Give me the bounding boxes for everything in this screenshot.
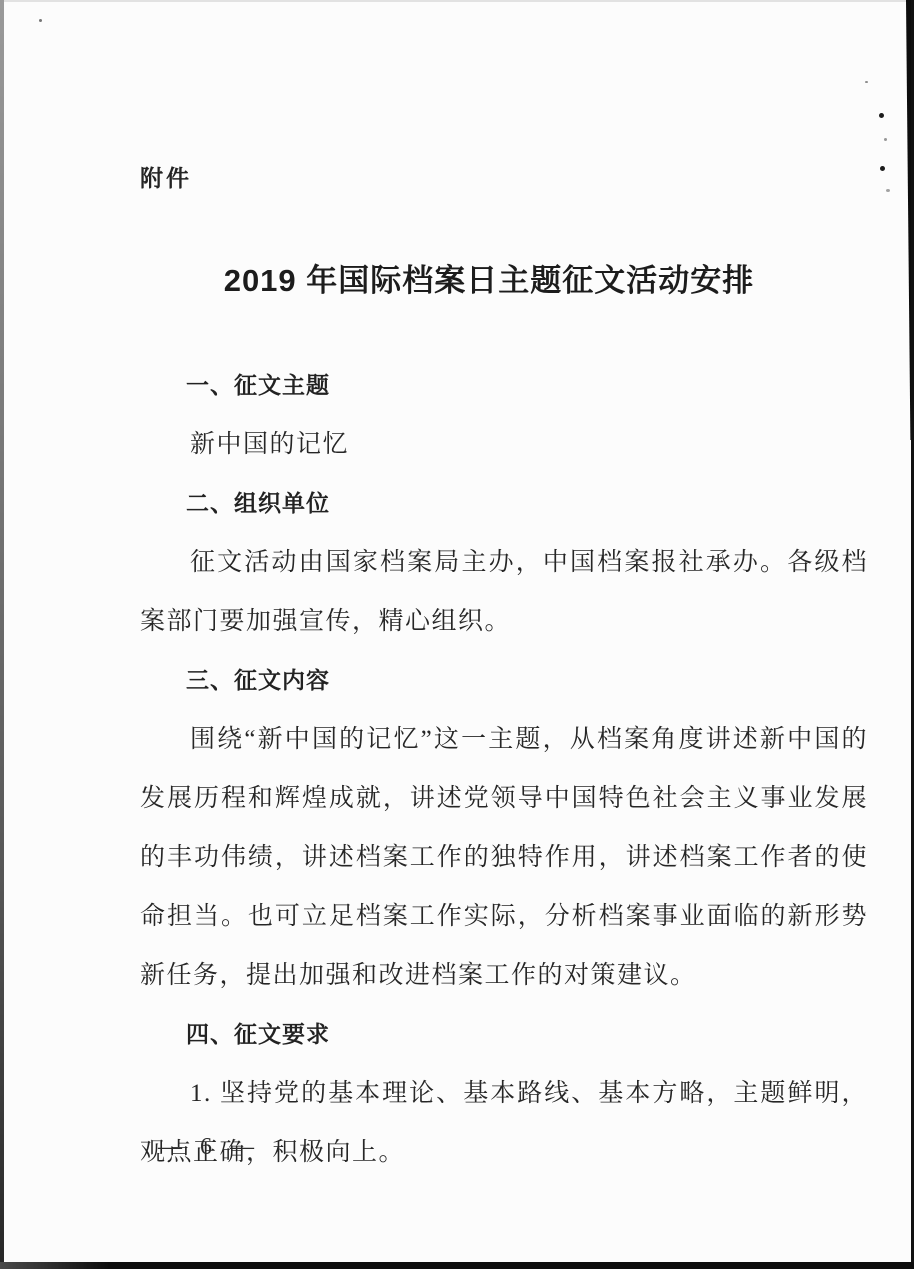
document-title: 2019 年国际档案日主题征文活动安排 xyxy=(140,255,838,300)
section-heading-essay-requirements: 四、征文要求 xyxy=(140,1005,868,1064)
section-essay-content: 三、征文内容 围绕“新中国的记忆”这一主题，从档案角度讲述新中国的发展历程和辉煌… xyxy=(140,651,868,1005)
scan-edge-left xyxy=(0,0,4,1269)
document-body: 一、征文主题 新中国的记忆 二、组织单位 征文活动由国家档案局主办，中国档案报社… xyxy=(140,356,868,1182)
scan-speck xyxy=(39,19,42,22)
attachment-label: 附件 xyxy=(140,160,868,193)
section-organizers: 二、组织单位 征文活动由国家档案局主办，中国档案报社承办。各级档案部门要加强宣传… xyxy=(140,474,868,651)
page-number: — 6 — xyxy=(158,1134,260,1161)
section-essay-theme: 一、征文主题 新中国的记忆 xyxy=(140,356,868,474)
scan-speck xyxy=(879,113,884,118)
section-heading-essay-theme: 一、征文主题 xyxy=(140,356,868,415)
section-paragraph: 新中国的记忆 xyxy=(140,415,868,474)
scan-edge-bottom xyxy=(0,1262,914,1269)
document-page: 附件 2019 年国际档案日主题征文活动安排 一、征文主题 新中国的记忆 二、组… xyxy=(140,0,868,1182)
section-heading-essay-content: 三、征文内容 xyxy=(140,651,868,710)
section-paragraph: 围绕“新中国的记忆”这一主题，从档案角度讲述新中国的发展历程和辉煌成就，讲述党领… xyxy=(140,710,868,1005)
section-paragraph: 1. 坚持党的基本理论、基本路线、基本方略，主题鲜明，观点正确，积极向上。 xyxy=(140,1064,868,1182)
scan-speck xyxy=(884,138,887,141)
scan-speck xyxy=(880,166,885,171)
scan-speck xyxy=(886,189,890,192)
section-paragraph: 征文活动由国家档案局主办，中国档案报社承办。各级档案部门要加强宣传，精心组织。 xyxy=(140,533,868,651)
section-heading-organizers: 二、组织单位 xyxy=(140,474,868,533)
